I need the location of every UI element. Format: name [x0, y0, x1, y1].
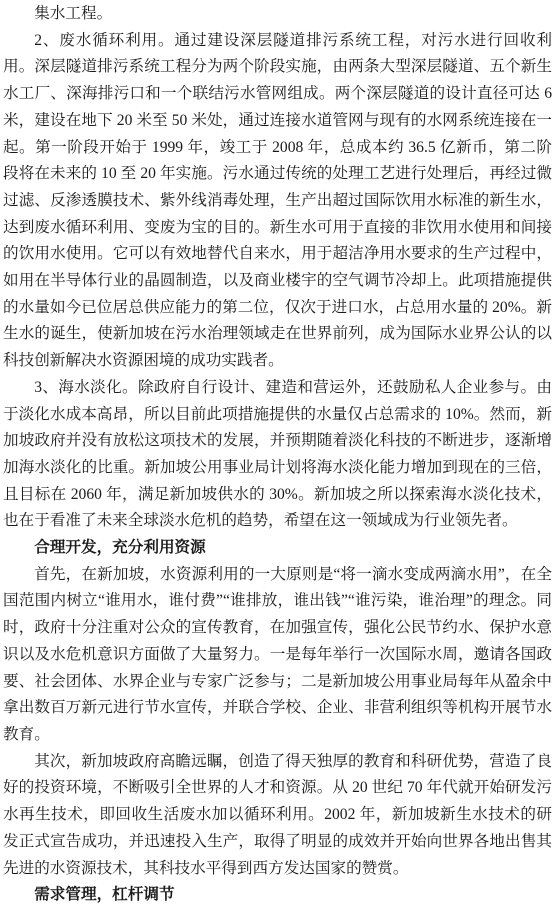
- paragraph-seawater-desalination: 3、海水淡化。除政府自行设计、建造和营运外，还鼓励私人企业参与。由于淡化水成本高…: [3, 375, 552, 535]
- paragraph-wastewater-recycling: 2、废水循环利用。通过建设深层隧道排污系统工程，对污水进行回收利用。深层隧道排污…: [3, 28, 552, 375]
- section-heading-rational-development: 合理开发，充分利用资源: [3, 535, 552, 562]
- section-heading-demand-management: 需求管理，杠杆调节: [3, 882, 552, 907]
- paragraph-one-drop-two-uses: 首先，在新加坡，水资源利用的一大原则是“将一滴水变成两滴水用”，在全国范围内树立…: [3, 562, 552, 749]
- paragraph-collection-works-fragment: 集水工程。: [3, 1, 552, 28]
- document-page: 集水工程。 2、废水循环利用。通过建设深层隧道排污系统工程，对污水进行回收利用。…: [0, 0, 554, 907]
- paragraph-research-investment: 其次，新加坡政府高瞻远瞩，创造了得天独厚的教育和科研优势，营造了良好的投资环境，…: [3, 749, 552, 883]
